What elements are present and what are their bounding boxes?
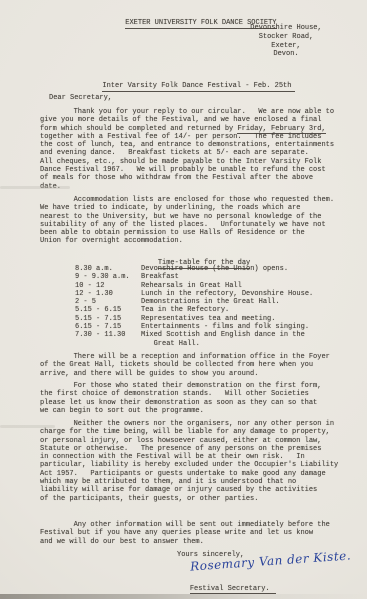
timetable-row: 9 - 9.30 a.m. Breakfast: [75, 273, 313, 281]
paper-edge-shadow: [0, 594, 367, 599]
timetable: 8.30 a.m. Devonshire House (the Union) o…: [75, 265, 313, 348]
salutation: Dear Secretary,: [49, 94, 112, 102]
scan-artifact: [0, 186, 70, 189]
timetable-event: Lunch in the refectory, Devonshire House…: [141, 290, 313, 298]
timetable-row: 7.30 - 11.30 Mixed Scottish and English …: [75, 331, 313, 348]
timetable-time: 7.30 - 11.30: [75, 331, 141, 348]
scan-artifact: [0, 425, 55, 428]
timetable-event: Rehearsals in Great Hall: [141, 282, 242, 290]
timetable-event: Mixed Scottish and English dance in the …: [141, 331, 305, 348]
paragraph-liability: Neither the owners nor the organisers, n…: [40, 420, 338, 503]
timetable-time: 5.15 - 7.15: [75, 315, 141, 323]
paragraph-demonstration: For those who stated their demonstration…: [40, 382, 321, 415]
timetable-event: Tea in the Refectory.: [141, 306, 229, 314]
timetable-time: 10 - 12: [75, 282, 141, 290]
timetable-time: 12 - 1.30: [75, 290, 141, 298]
timetable-time: 9 - 9.30 a.m.: [75, 273, 141, 281]
timetable-time: 5.15 - 6.15: [75, 306, 141, 314]
paragraph-further-info: Any other information will be sent out i…: [40, 521, 330, 546]
address-block: Devonshire House, Stocker Road, Exeter, …: [216, 24, 356, 59]
paragraph-intro-after: together with a Festival fee of 14/- per…: [40, 133, 334, 191]
timetable-event: Representatives tea and meeting.: [141, 315, 275, 323]
subject-line-text: Inter Varsity Folk Dance Festival - Feb.…: [102, 82, 295, 92]
timetable-row: 5.15 - 6.15 Tea in the Refectory.: [75, 306, 313, 314]
letter-page: EXETER UNIVERSITY FOLK DANCE SOCIETY Dev…: [0, 0, 367, 599]
paragraph-reception: There will be a reception and informatio…: [40, 353, 330, 378]
timetable-row: 5.15 - 7.15 Representatives tea and meet…: [75, 315, 313, 323]
timetable-row: 10 - 12 Rehearsals in Great Hall: [75, 282, 313, 290]
timetable-event: Breakfast: [141, 273, 179, 281]
paragraph-intro: Thank you for your reply to our circular…: [40, 108, 334, 191]
signer-role-text: Festival Secretary.: [190, 585, 276, 594]
paragraph-accommodation: Accommodation lists are enclosed for tho…: [40, 196, 334, 246]
timetable-row: 12 - 1.30 Lunch in the refectory, Devons…: [75, 290, 313, 298]
